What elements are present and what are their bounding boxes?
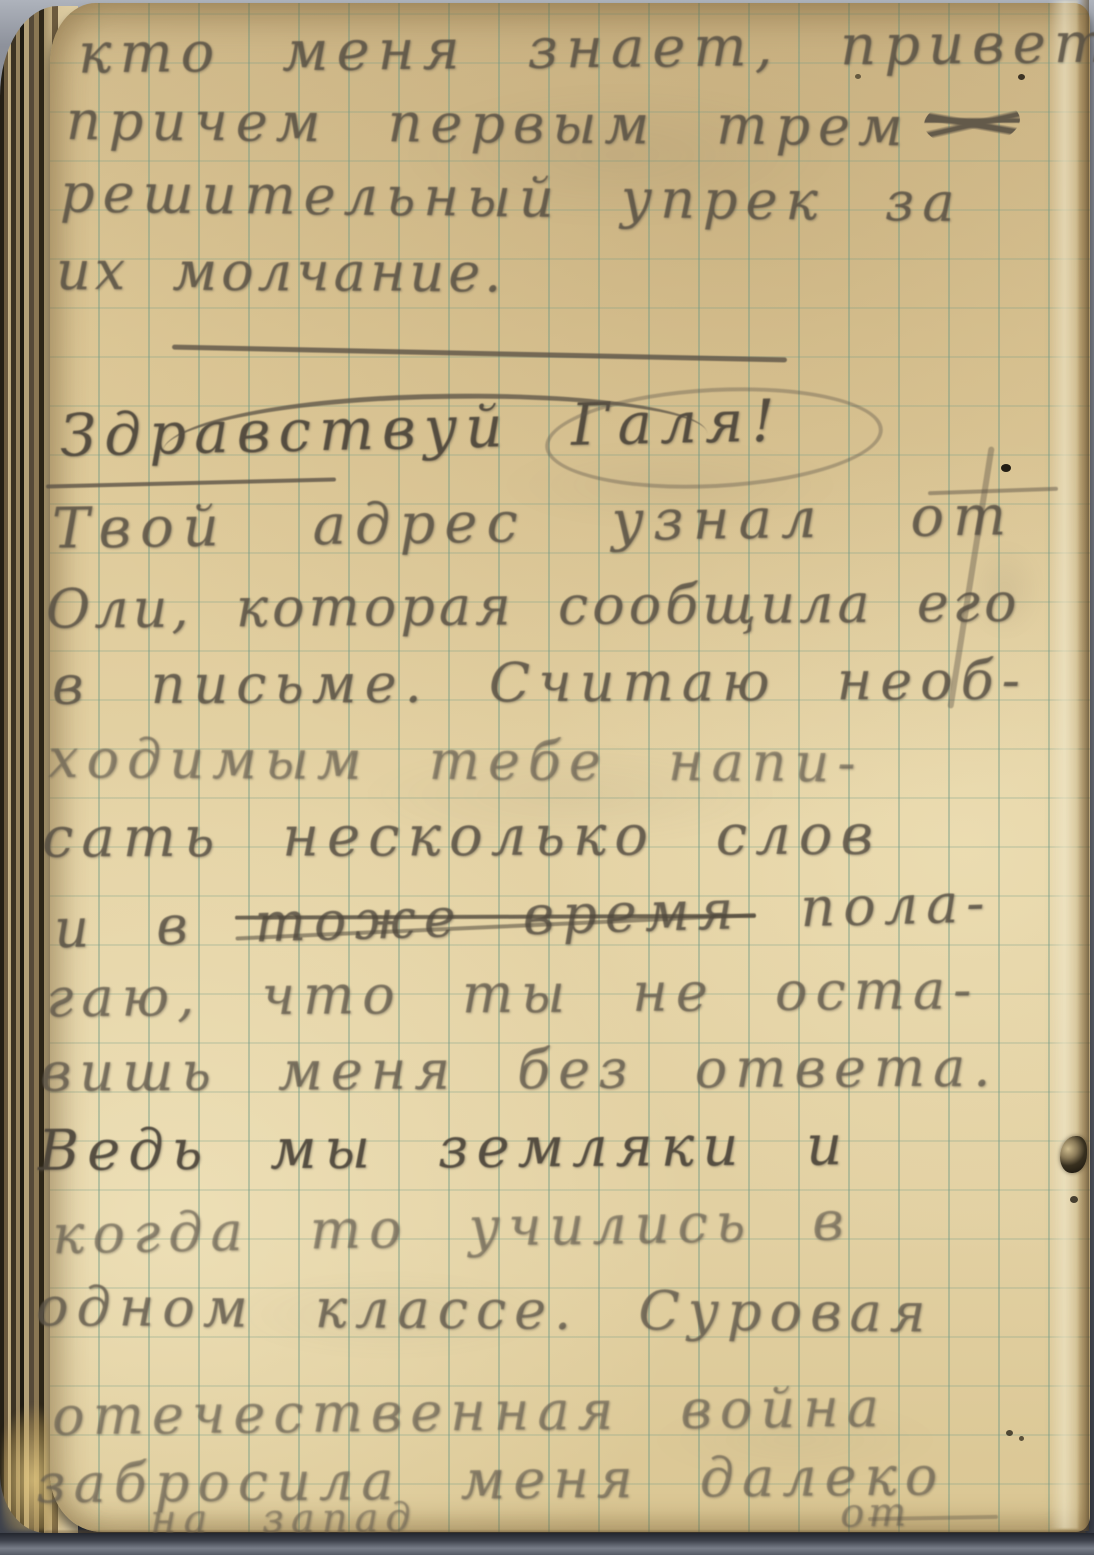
- handwritten-line: Твой адрес узнал от: [52, 487, 1016, 559]
- handwritten-line: Ведь мы земляки и: [38, 1117, 851, 1181]
- scanner-background-strip: [0, 1533, 1094, 1555]
- crossed-out-text: тоже время: [254, 882, 742, 952]
- handwritten-line: их молчание.: [56, 243, 506, 302]
- handwritten-line: одном классе. Суровая: [36, 1279, 934, 1342]
- handwritten-line: кто меня знает, привет: [78, 15, 1094, 85]
- paper-edge-shadow: [1079, 0, 1089, 1531]
- ink-speck: [1019, 1436, 1024, 1441]
- ink-speck: [1006, 1430, 1013, 1436]
- handwritten-line: от: [840, 1491, 911, 1534]
- handwritten-line: причем первым трем: [66, 93, 911, 156]
- paper-fold-highlight: [1048, 0, 1078, 1529]
- line-segment: и в: [53, 892, 255, 961]
- ink-speck: [1001, 464, 1011, 472]
- scanned-notebook-page: кто меня знает, привет причем первым тре…: [0, 0, 1094, 1555]
- handwritten-line: Оли, которая сообщила его: [46, 575, 1021, 638]
- handwritten-line: в письме. Считаю необ-: [52, 652, 1028, 714]
- handwritten-line: когда то учились в: [52, 1193, 852, 1264]
- ink-speck: [855, 74, 861, 79]
- handwritten-line: решительный упрек за: [60, 165, 963, 231]
- handwritten-line: гаю, что ты не оста-: [46, 962, 980, 1027]
- line-segment: пола-: [740, 871, 993, 941]
- handwritten-line: сать несколько слов: [42, 807, 881, 869]
- handwritten-line: отечественная война: [52, 1380, 887, 1445]
- handwritten-line: вишь меня без ответа.: [40, 1039, 999, 1101]
- ink-speck: [1018, 74, 1025, 80]
- ink-speck: [1070, 1196, 1078, 1203]
- handwritten-line: ходимым тебе напи-: [48, 731, 864, 792]
